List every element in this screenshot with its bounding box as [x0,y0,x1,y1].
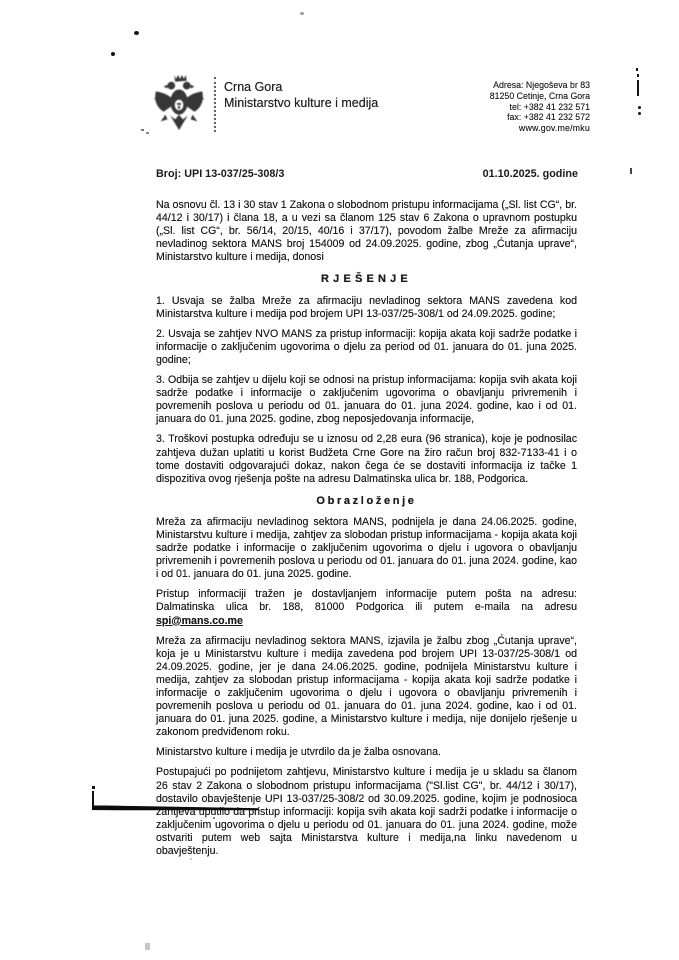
rjesenje-heading: RJEŠENJE [156,273,577,286]
intro-paragraph: Na osnovu čl. 13 i 30 stav 1 Zakona o sl… [156,199,577,264]
explanation-paragraph-3: Mreža za afirmaciju nevladinog sektora M… [156,635,577,740]
scan-artifact [638,106,641,109]
scan-artifact [141,129,144,131]
document-date: 01.10.2025. godine [483,168,578,180]
scan-artifact [637,80,639,96]
document-number: Broj: UPI 13-037/25-308/3 [156,168,284,180]
scan-artifact [145,943,150,950]
explanation-paragraph-4: Ministarstvo kulture i medija je utvrdil… [156,746,577,759]
scan-artifact [213,817,215,819]
letterhead-contact-block: Adresa: Njegoševa br 83 81250 Cetinje, C… [490,80,590,134]
decision-item-3: 3. Odbija se zahtjev u dijelu koji se od… [156,374,577,426]
explanation-paragraph-2: Pristup informaciji tražen je dostavljan… [156,588,577,627]
scanned-document-page: Crna Gora Ministarstvo kulture i medija … [0,0,679,960]
explanation-paragraph-5: Postupajući po podnijetom zahtjevu, Mini… [156,766,577,858]
email-address: spi@mans.co.me [156,615,243,627]
decision-item-2: 2. Usvaja se zahtjev NVO MANS za pristup… [156,328,577,367]
scan-artifact [190,858,192,860]
scan-artifact [111,52,115,56]
letterhead-divider [214,77,216,132]
letterhead-org: Crna Gora Ministarstvo kulture i medija [224,79,378,111]
scan-artifact [637,74,639,77]
obrazlozenje-heading: Obrazloženje [156,495,577,508]
scan-artifact [638,112,641,115]
decision-item-4: 3. Troškovi postupka određuju se u iznos… [156,433,577,485]
reference-row: Broj: UPI 13-037/25-308/3 01.10.2025. go… [156,168,578,180]
scan-artifact [630,168,632,174]
scan-artifact [134,31,139,35]
contact-city-line: 81250 Cetinje, Crna Gora [490,91,590,102]
contact-fax-line: fax: +382 41 232 572 [490,112,590,123]
document-body: Na osnovu čl. 13 i 30 stav 1 Zakona o sl… [156,199,577,865]
contact-website-line: www.gov.me/mku [490,123,590,134]
org-country-label: Crna Gora [224,79,378,95]
contact-tel-line: tel: +382 41 232 571 [490,102,590,113]
contact-address-line: Adresa: Njegoševa br 83 [490,80,590,91]
org-ministry-label: Ministarstvo kulture i medija [224,95,378,111]
montenegro-coat-of-arms-icon [151,71,209,135]
explanation-paragraph-2-text: Pristup informaciji tražen je dostavljan… [156,588,577,613]
scan-artifact [146,132,149,134]
scan-artifact [300,12,304,15]
explanation-paragraph-1: Mreža za afirmaciju nevladinog sektora M… [156,516,577,581]
scan-artifact [636,68,638,71]
decision-item-1: 1. Usvaja se žalba Mreže za afirmaciju n… [156,295,577,321]
scan-artifact [92,786,95,789]
